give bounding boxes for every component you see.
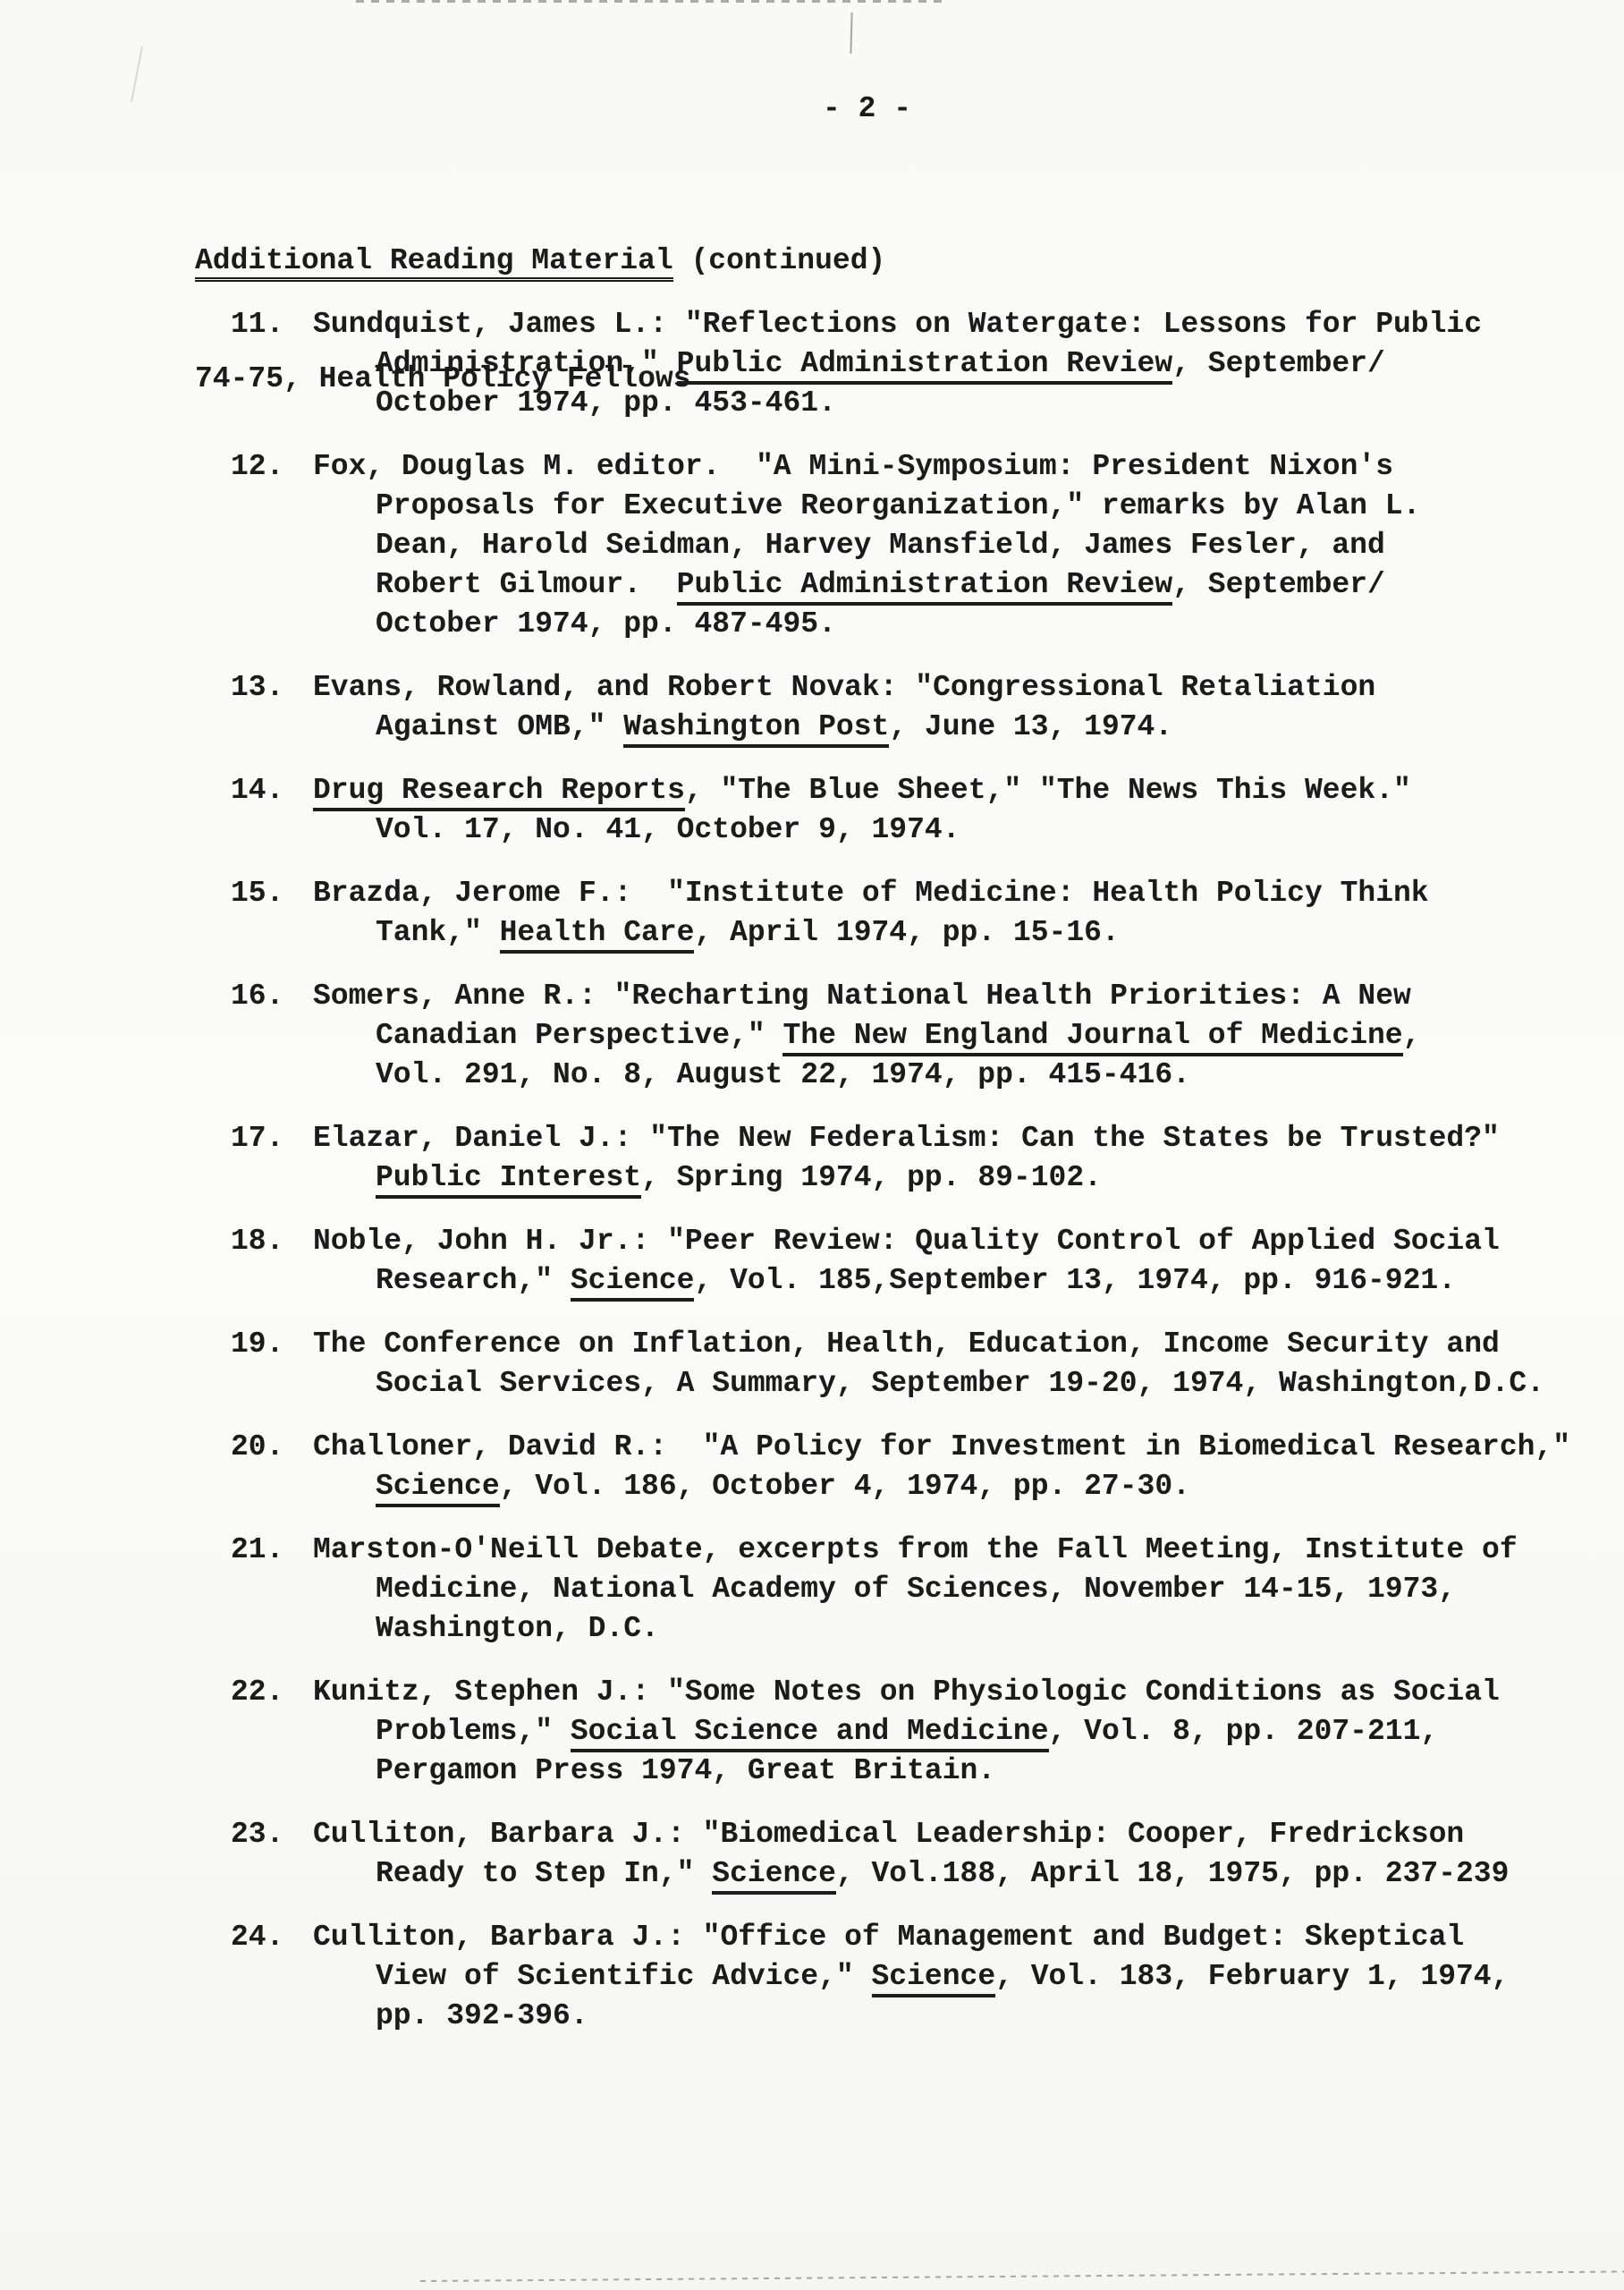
citation-text: , Spring 1974, pp. 89-102.	[641, 1161, 1102, 1194]
list-item: 21.Marston-O'Neill Debate, excerpts from…	[376, 1531, 1570, 1649]
citation-text: Tank,"	[376, 916, 500, 949]
item-line: Against OMB," Washington Post, June 13, …	[376, 708, 1570, 747]
item-number: 13.	[231, 668, 283, 708]
item-line: Public Interest, Spring 1974, pp. 89-102…	[376, 1158, 1570, 1198]
item-line: Drug Research Reports, "The Blue Sheet,"…	[313, 771, 1570, 810]
item-line: Kunitz, Stephen J.: "Some Notes on Physi…	[313, 1673, 1570, 1712]
citation-text: , Vol.188, April 18, 1975, pp. 237-239	[836, 1857, 1510, 1890]
citation-text: Sundquist, James L.: "Reflections on Wat…	[313, 308, 1482, 341]
journal-title: Social Science and Medicine	[571, 1715, 1049, 1752]
list-item: 11.Sundquist, James L.: "Reflections on …	[376, 305, 1570, 423]
citation-text: , Vol. 183, February 1, 1974,	[995, 1960, 1509, 1993]
item-number: 16.	[231, 977, 283, 1016]
citation-text: Evans, Rowland, and Robert Novak: "Congr…	[313, 671, 1375, 704]
item-line: Culliton, Barbara J.: "Office of Managem…	[313, 1918, 1570, 1957]
citation-text: Marston-O'Neill Debate, excerpts from th…	[313, 1533, 1518, 1566]
list-item: 24.Culliton, Barbara J.: "Office of Mana…	[376, 1918, 1570, 2036]
item-number: 14.	[231, 771, 283, 810]
citation-text: October 1974, pp. 487-495.	[376, 607, 836, 640]
item-line: Sundquist, James L.: "Reflections on Wat…	[313, 305, 1570, 344]
list-item: 22.Kunitz, Stephen J.: "Some Notes on Ph…	[376, 1673, 1570, 1791]
item-number: 21.	[231, 1531, 283, 1570]
reading-list: 11.Sundquist, James L.: "Reflections on …	[376, 305, 1570, 2060]
item-line: October 1974, pp. 487-495.	[376, 605, 1570, 644]
journal-title: Washington Post	[623, 710, 889, 748]
item-number: 12.	[231, 447, 283, 487]
citation-text: Against OMB,"	[376, 710, 623, 743]
citation-text: Kunitz, Stephen J.: "Some Notes on Physi…	[313, 1675, 1500, 1709]
citation-text: , June 13, 1974.	[889, 710, 1172, 743]
journal-title: Public Interest	[376, 1161, 641, 1199]
item-line: Evans, Rowland, and Robert Novak: "Congr…	[313, 668, 1570, 708]
item-line: Challoner, David R.: "A Policy for Inves…	[313, 1428, 1570, 1467]
citation-text: Vol. 17, No. 41, October 9, 1974.	[376, 813, 960, 846]
item-line: Brazda, Jerome F.: "Institute of Medicin…	[313, 874, 1570, 913]
page-number: - 2 -	[823, 89, 911, 129]
citation-text: Social Services, A Summary, September 19…	[376, 1367, 1544, 1400]
citation-text: , Vol. 185,September 13, 1974, pp. 916-9…	[694, 1264, 1456, 1297]
citation-text: Fox, Douglas M. editor. "A Mini-Symposiu…	[313, 450, 1393, 483]
citation-text: Culliton, Barbara J.: "Biomedical Leader…	[313, 1818, 1464, 1851]
item-line: Dean, Harold Seidman, Harvey Mansfield, …	[376, 526, 1570, 565]
item-line: Canadian Perspective," The New England J…	[376, 1016, 1570, 1056]
list-item: 16.Somers, Anne R.: "Recharting National…	[376, 977, 1570, 1095]
citation-text: , Vol. 186, October 4, 1974, pp. 27-30.	[500, 1470, 1190, 1503]
item-line: Somers, Anne R.: "Recharting National He…	[313, 977, 1570, 1016]
section-title: Additional Reading Material (continued)	[195, 242, 885, 281]
item-line: Administration," Public Administration R…	[376, 344, 1570, 384]
item-line: Washington, D.C.	[376, 1609, 1570, 1649]
citation-text: Washington, D.C.	[376, 1612, 659, 1645]
journal-title: Health Care	[500, 916, 695, 954]
item-line: Ready to Step In," Science, Vol.188, Apr…	[376, 1854, 1570, 1894]
journal-title: Public Administration Review	[677, 347, 1173, 385]
item-number: 20.	[231, 1428, 283, 1467]
item-line: Social Services, A Summary, September 19…	[376, 1364, 1570, 1404]
section-title-underlined: Additional Reading Material	[195, 244, 673, 282]
scan-artifact-vertical-mark	[850, 13, 852, 54]
list-item: 20.Challoner, David R.: "A Policy for In…	[376, 1428, 1570, 1506]
item-number: 11.	[231, 305, 283, 344]
citation-text: Noble, John H. Jr.: "Peer Review: Qualit…	[313, 1225, 1500, 1258]
item-number: 19.	[231, 1325, 283, 1364]
citation-text: Elazar, Daniel J.: "The New Federalism: …	[313, 1122, 1500, 1155]
list-item: 17.Elazar, Daniel J.: "The New Federalis…	[376, 1119, 1570, 1198]
item-line: Vol. 17, No. 41, October 9, 1974.	[376, 810, 1570, 850]
citation-text: , Vol. 8, pp. 207-211,	[1049, 1715, 1439, 1748]
item-number: 18.	[231, 1222, 283, 1261]
journal-title: Drug Research Reports	[313, 774, 685, 811]
citation-text: Challoner, David R.: "A Policy for Inves…	[313, 1430, 1570, 1463]
citation-text: Somers, Anne R.: "Recharting National He…	[313, 980, 1411, 1013]
citation-text: Brazda, Jerome F.: "Institute of Medicin…	[313, 877, 1429, 910]
citation-text: Pergamon Press 1974, Great Britain.	[376, 1754, 995, 1787]
item-line: October 1974, pp. 453-461.	[376, 384, 1570, 423]
citation-text: Research,"	[376, 1264, 571, 1297]
item-line: Problems," Social Science and Medicine, …	[376, 1712, 1570, 1751]
citation-text: Administration,"	[376, 347, 677, 380]
item-line: Science, Vol. 186, October 4, 1974, pp. …	[376, 1467, 1570, 1506]
citation-text: Ready to Step In,"	[376, 1857, 712, 1890]
journal-title: Science	[712, 1857, 836, 1895]
citation-text: Canadian Perspective,"	[376, 1019, 782, 1052]
item-line: Proposals for Executive Reorganization,"…	[376, 487, 1570, 526]
journal-title: Science	[376, 1470, 500, 1507]
item-line: Elazar, Daniel J.: "The New Federalism: …	[313, 1119, 1570, 1158]
item-line: Research," Science, Vol. 185,September 1…	[376, 1261, 1570, 1301]
scanned-document-page: - 2 - Additional Reading Material (conti…	[0, 0, 1624, 2290]
citation-text: Medicine, National Academy of Sciences, …	[376, 1573, 1456, 1606]
item-line: Culliton, Barbara J.: "Biomedical Leader…	[313, 1815, 1570, 1854]
journal-title: Public Administration Review	[677, 568, 1173, 606]
citation-text: , September/	[1172, 568, 1385, 601]
item-line: Noble, John H. Jr.: "Peer Review: Qualit…	[313, 1222, 1570, 1261]
citation-text: Culliton, Barbara J.: "Office of Managem…	[313, 1921, 1464, 1954]
item-line: The Conference on Inflation, Health, Edu…	[313, 1325, 1570, 1364]
citation-text: Dean, Harold Seidman, Harvey Mansfield, …	[376, 529, 1385, 562]
scan-artifact-top-edge	[356, 0, 946, 3]
citation-text: Vol. 291, No. 8, August 22, 1974, pp. 41…	[376, 1058, 1190, 1091]
citation-text: The Conference on Inflation, Health, Edu…	[313, 1327, 1500, 1361]
list-item: 15.Brazda, Jerome F.: "Institute of Medi…	[376, 874, 1570, 953]
item-number: 22.	[231, 1673, 283, 1712]
item-line: Fox, Douglas M. editor. "A Mini-Symposiu…	[313, 447, 1570, 487]
scan-artifact-left-mark	[131, 47, 143, 101]
item-line: Medicine, National Academy of Sciences, …	[376, 1570, 1570, 1609]
item-line: Marston-O'Neill Debate, excerpts from th…	[313, 1531, 1570, 1570]
item-line: Vol. 291, No. 8, August 22, 1974, pp. 41…	[376, 1056, 1570, 1095]
list-item: 13.Evans, Rowland, and Robert Novak: "Co…	[376, 668, 1570, 747]
citation-text: pp. 392-396.	[376, 1999, 588, 2032]
citation-text: ,	[1403, 1019, 1421, 1052]
citation-text: Problems,"	[376, 1715, 571, 1748]
list-item: 14.Drug Research Reports, "The Blue Shee…	[376, 771, 1570, 850]
item-number: 17.	[231, 1119, 283, 1158]
citation-text: Robert Gilmour.	[376, 568, 677, 601]
list-item: 19.The Conference on Inflation, Health, …	[376, 1325, 1570, 1404]
list-item: 12.Fox, Douglas M. editor. "A Mini-Sympo…	[376, 447, 1570, 644]
section-title-suffix: (continued)	[673, 244, 886, 277]
citation-text: October 1974, pp. 453-461.	[376, 386, 836, 420]
item-number: 24.	[231, 1918, 283, 1957]
scan-artifact-bottom-edge	[420, 2270, 1624, 2282]
journal-title: Science	[571, 1264, 695, 1302]
item-number: 23.	[231, 1815, 283, 1854]
item-line: Pergamon Press 1974, Great Britain.	[376, 1751, 1570, 1791]
citation-text: Proposals for Executive Reorganization,"…	[376, 489, 1420, 522]
journal-title: The New England Journal of Medicine	[782, 1019, 1402, 1056]
item-line: View of Scientific Advice," Science, Vol…	[376, 1957, 1570, 1997]
item-line: pp. 392-396.	[376, 1997, 1570, 2036]
citation-text: , "The Blue Sheet," "The News This Week.…	[685, 774, 1411, 807]
item-line: Tank," Health Care, April 1974, pp. 15-1…	[376, 913, 1570, 953]
item-line: Robert Gilmour. Public Administration Re…	[376, 565, 1570, 605]
journal-title: Science	[872, 1960, 996, 1997]
list-item: 23.Culliton, Barbara J.: "Biomedical Lea…	[376, 1815, 1570, 1894]
citation-text: , September/	[1172, 347, 1385, 380]
citation-text: View of Scientific Advice,"	[376, 1960, 872, 1993]
list-item: 18.Noble, John H. Jr.: "Peer Review: Qua…	[376, 1222, 1570, 1301]
citation-text: , April 1974, pp. 15-16.	[694, 916, 1119, 949]
item-number: 15.	[231, 874, 283, 913]
